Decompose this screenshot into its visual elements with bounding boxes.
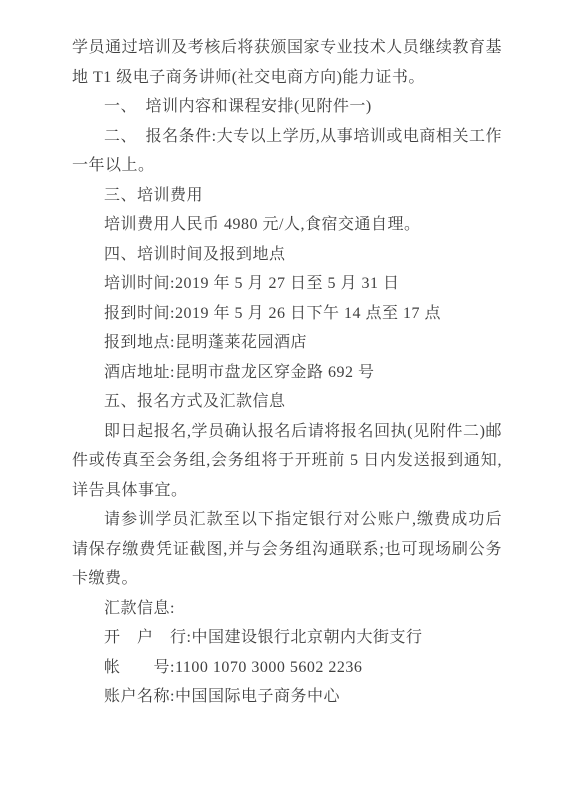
para-checkin-time: 报到时间:2019 年 5 月 26 日下午 14 点至 17 点 [72,299,502,329]
para-bank-name: 开 户 行:中国建设银行北京朝内大街支行 [72,623,502,653]
heading-item-5-registration: 五、报名方式及汇款信息 [72,387,502,417]
para-training-time: 培训时间:2019 年 5 月 27 日至 5 月 31 日 [72,269,502,299]
heading-item-4-schedule: 四、培训时间及报到地点 [72,240,502,270]
para-fee-amount: 培训费用人民币 4980 元/人,食宿交通自理。 [72,210,502,240]
document-page: 学员通过培训及考核后将获颁国家专业技术人员继续教育基地 T1 级电子商务讲师(社… [0,0,572,800]
para-remittance-info-label: 汇款信息: [72,594,502,624]
para-certificate-continuation: 学员通过培训及考核后将获颁国家专业技术人员继续教育基地 T1 级电子商务讲师(社… [72,33,502,92]
para-checkin-location: 报到地点:昆明蓬莱花园酒店 [72,328,502,358]
para-hotel-address: 酒店地址:昆明市盘龙区穿金路 692 号 [72,358,502,388]
heading-item-3-fee: 三、培训费用 [72,181,502,211]
para-account-number: 帐 号:1100 1070 3000 5602 2236 [72,653,502,683]
para-registration-process: 即日起报名,学员确认报名后请将报名回执(见附件二)邮件或传真至会务组,会务组将于… [72,417,502,506]
para-payment-instructions: 请参训学员汇款至以下指定银行对公账户,缴费成功后请保存缴费凭证截图,并与会务组沟… [72,505,502,594]
heading-item-1-course-plan: 一、 培训内容和课程安排(见附件一) [72,92,502,122]
para-account-name: 账户名称:中国国际电子商务中心 [72,682,502,712]
para-item-2-requirements: 二、 报名条件:大专以上学历,从事培训或电商相关工作一年以上。 [72,122,502,181]
